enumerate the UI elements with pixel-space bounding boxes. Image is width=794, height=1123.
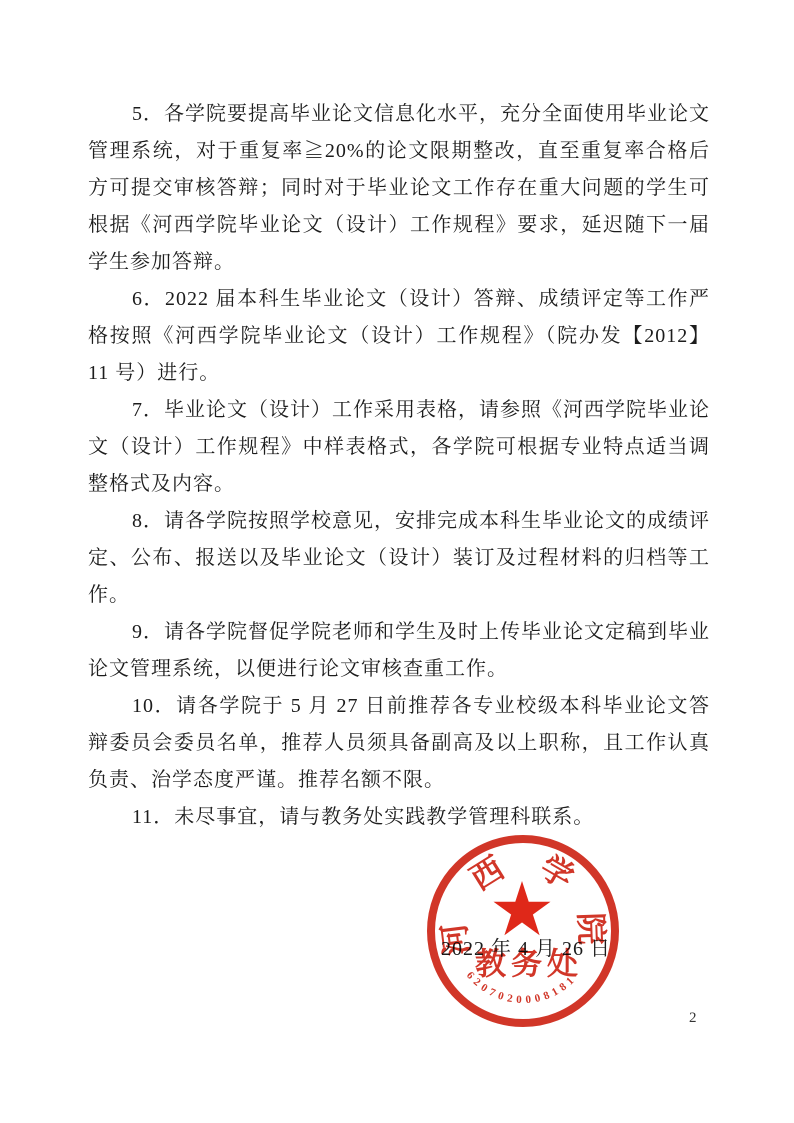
stamp-arc-char-4: 院 xyxy=(572,912,609,945)
official-seal-stamp: 河 西 学 院 教务处 6207020008181 xyxy=(420,828,626,1034)
document-body: 5．各学院要提高毕业论文信息化水平，充分全面使用毕业论文管理系统，对于重复率≧2… xyxy=(88,96,710,836)
page-number: 2 xyxy=(689,1010,697,1027)
paragraph-item-6: 6．2022 届本科生毕业论文（设计）答辩、成绩评定等工作严格按照《河西学院毕业… xyxy=(88,281,710,392)
document-page: 5．各学院要提高毕业论文信息化水平，充分全面使用毕业论文管理系统，对于重复率≧2… xyxy=(0,0,794,1123)
stamp-arc-char-1: 河 xyxy=(436,921,476,957)
paragraph-item-10: 10．请各学院于 5 月 27 日前推荐各专业校级本科毕业论文答辩委员会委员名单… xyxy=(88,688,710,799)
stamp-department: 教务处 xyxy=(475,947,583,982)
paragraph-item-9: 9．请各学院督促学院老师和学生及时上传毕业论文定稿到毕业论文管理系统，以便进行论… xyxy=(88,614,710,688)
paragraph-item-5: 5．各学院要提高毕业论文信息化水平，充分全面使用毕业论文管理系统，对于重复率≧2… xyxy=(88,96,710,281)
paragraph-item-8: 8．请各学院按照学校意见，安排完成本科生毕业论文的成绩评定、公布、报送以及毕业论… xyxy=(88,503,710,614)
paragraph-item-7: 7．毕业论文（设计）工作采用表格，请参照《河西学院毕业论文（设计）工作规程》中样… xyxy=(88,392,710,503)
stamp-star-icon xyxy=(494,881,551,935)
